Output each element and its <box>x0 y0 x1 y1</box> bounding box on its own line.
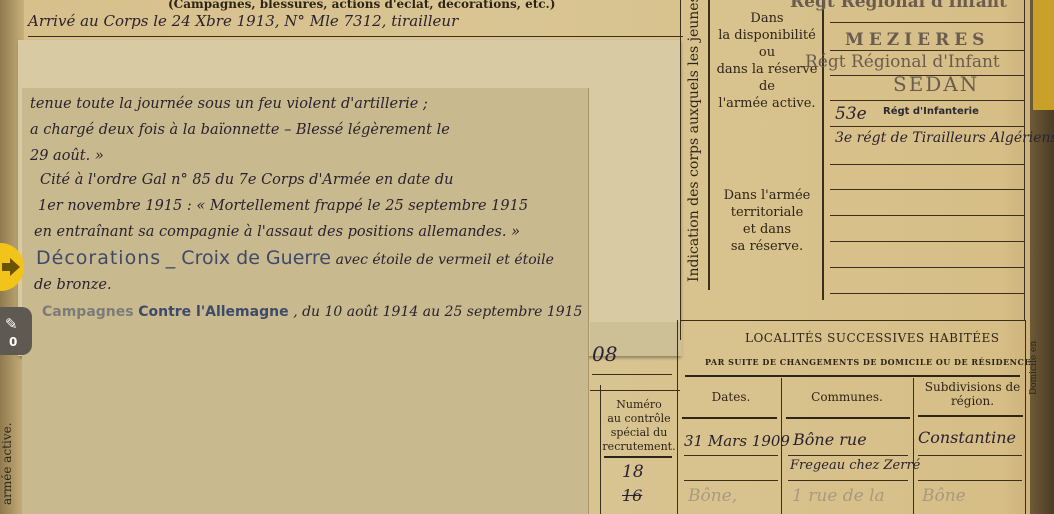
row-subdivision: Bône <box>922 486 966 506</box>
recrutement-number-struck: 16 <box>622 486 642 505</box>
rule <box>685 375 1020 377</box>
column-header-communes: Communes. <box>782 390 912 404</box>
entry-rule <box>830 100 1025 101</box>
entry-rule <box>830 126 1025 127</box>
row-commune: 1 rue de la <box>792 486 885 506</box>
decorations-text-cont: de bronze. <box>34 277 112 293</box>
campaigns-line: Campagnes Contre l'Allemagne , du 10 aoû… <box>42 304 582 320</box>
row-date: Bône, <box>688 486 737 506</box>
rule <box>684 455 778 456</box>
decorations-text: avec étoile de vermeil et étoile <box>336 252 554 268</box>
recrutement-number: 18 <box>622 462 644 482</box>
stamp-city-sedan: SEDAN <box>893 72 979 96</box>
slip-line: Cité à l'ordre Gal n° 85 du 7e Corps d'A… <box>40 172 453 188</box>
pencil-icon: ✎ <box>5 315 18 333</box>
rule <box>788 455 908 456</box>
rule <box>788 480 908 481</box>
column-divider <box>1024 0 1025 320</box>
decorations-label: Décorations <box>36 247 161 269</box>
left-margin-text: armée active. <box>0 422 14 505</box>
row-subdivision: Constantine <box>918 428 1016 447</box>
arrow-right-icon <box>10 258 20 276</box>
entry-rule <box>830 164 1025 165</box>
recrutement-label: Numéro au contrôle spécial du recrutemen… <box>600 398 678 454</box>
row-commune: Fregeau chez Zerré <box>790 458 920 473</box>
row-date: 31 Mars 1909 <box>684 432 790 450</box>
arrival-line: Arrivé au Corps le 24 Xbre 1913, N° Mle … <box>28 12 458 30</box>
rule <box>786 417 910 419</box>
section-caption: (Campagnes, blessures, actions d'éclat, … <box>168 0 555 11</box>
stamp-top-partial: Régt Régional d'Infant <box>790 0 1007 12</box>
rule <box>684 480 778 481</box>
entry-number: 53e <box>835 104 867 124</box>
rule <box>918 480 1022 481</box>
column-header-dates: Dates. <box>682 390 780 404</box>
entry-rule <box>830 293 1025 294</box>
slip-number-fragment: 08 <box>592 342 617 366</box>
entry-stamp: Régt d'Infanterie <box>883 106 979 117</box>
territorial-label: Dans l'armée territoriale et dans sa rés… <box>712 187 822 255</box>
brace <box>822 0 824 300</box>
campaigns-stamp: Contre l'Allemagne <box>138 304 288 320</box>
rule <box>682 417 777 419</box>
slip-line: a chargé deux fois à la baïonnette – Ble… <box>30 122 450 138</box>
rule <box>918 415 1023 417</box>
decorations-line: Décorations _ Croix de Guerre avec étoil… <box>36 247 554 269</box>
decorations-stamp: Croix de Guerre <box>181 247 331 269</box>
slip-line: 29 août. » <box>30 148 104 164</box>
pasted-slip-front <box>22 88 589 514</box>
rule <box>604 456 672 458</box>
column-divider <box>708 0 710 290</box>
slip-line: tenue toute la journée sous un feu viole… <box>30 96 428 112</box>
stamp-city-mezieres: MEZIERES <box>845 30 989 50</box>
rule <box>680 320 1025 321</box>
column-divider <box>913 378 914 514</box>
corps-vertical-label: Indication des corps auxquels les jeunes… <box>686 0 702 282</box>
localites-title: LOCALITÉS SUCCESSIVES HABITÉES <box>745 331 999 345</box>
entry-rule <box>830 50 1025 51</box>
column-divider <box>680 0 681 340</box>
rule <box>590 390 680 391</box>
arrival-underline <box>28 36 683 37</box>
row-commune: Bône rue <box>793 430 867 449</box>
entry-rule <box>830 267 1025 268</box>
slip-line: 1er novembre 1915 : « Mortellement frapp… <box>38 198 528 214</box>
entry-regiment: 3e régt de Tirailleurs Algériens <box>835 130 1054 146</box>
entry-rule <box>830 22 1025 23</box>
campaigns-text: , du 10 août 1914 au 25 septembre 1915 <box>293 304 582 320</box>
rule <box>592 374 672 375</box>
annotations-button[interactable]: ✎ 0 <box>0 307 32 355</box>
entry-rule <box>830 241 1025 242</box>
column-header-subdivisions: Subdivisions de région. <box>920 380 1025 408</box>
annotations-count: 0 <box>9 335 17 349</box>
domicile-vertical-label: Domicile en <box>1029 341 1039 395</box>
stamp-regiment: Régt Régional d'Infant <box>805 52 1000 72</box>
entry-rule <box>830 189 1025 190</box>
localites-subtitle: PAR SUITE DE CHANGEMENTS DE DOMICILE OU … <box>705 357 1034 367</box>
slip-line: en entraînant sa compagnie à l'assaut de… <box>34 224 520 240</box>
column-divider <box>1025 320 1026 514</box>
campaigns-label: Campagnes <box>42 304 134 320</box>
entry-rule <box>830 215 1025 216</box>
rule <box>918 455 1022 456</box>
yellow-tab <box>1033 0 1054 110</box>
